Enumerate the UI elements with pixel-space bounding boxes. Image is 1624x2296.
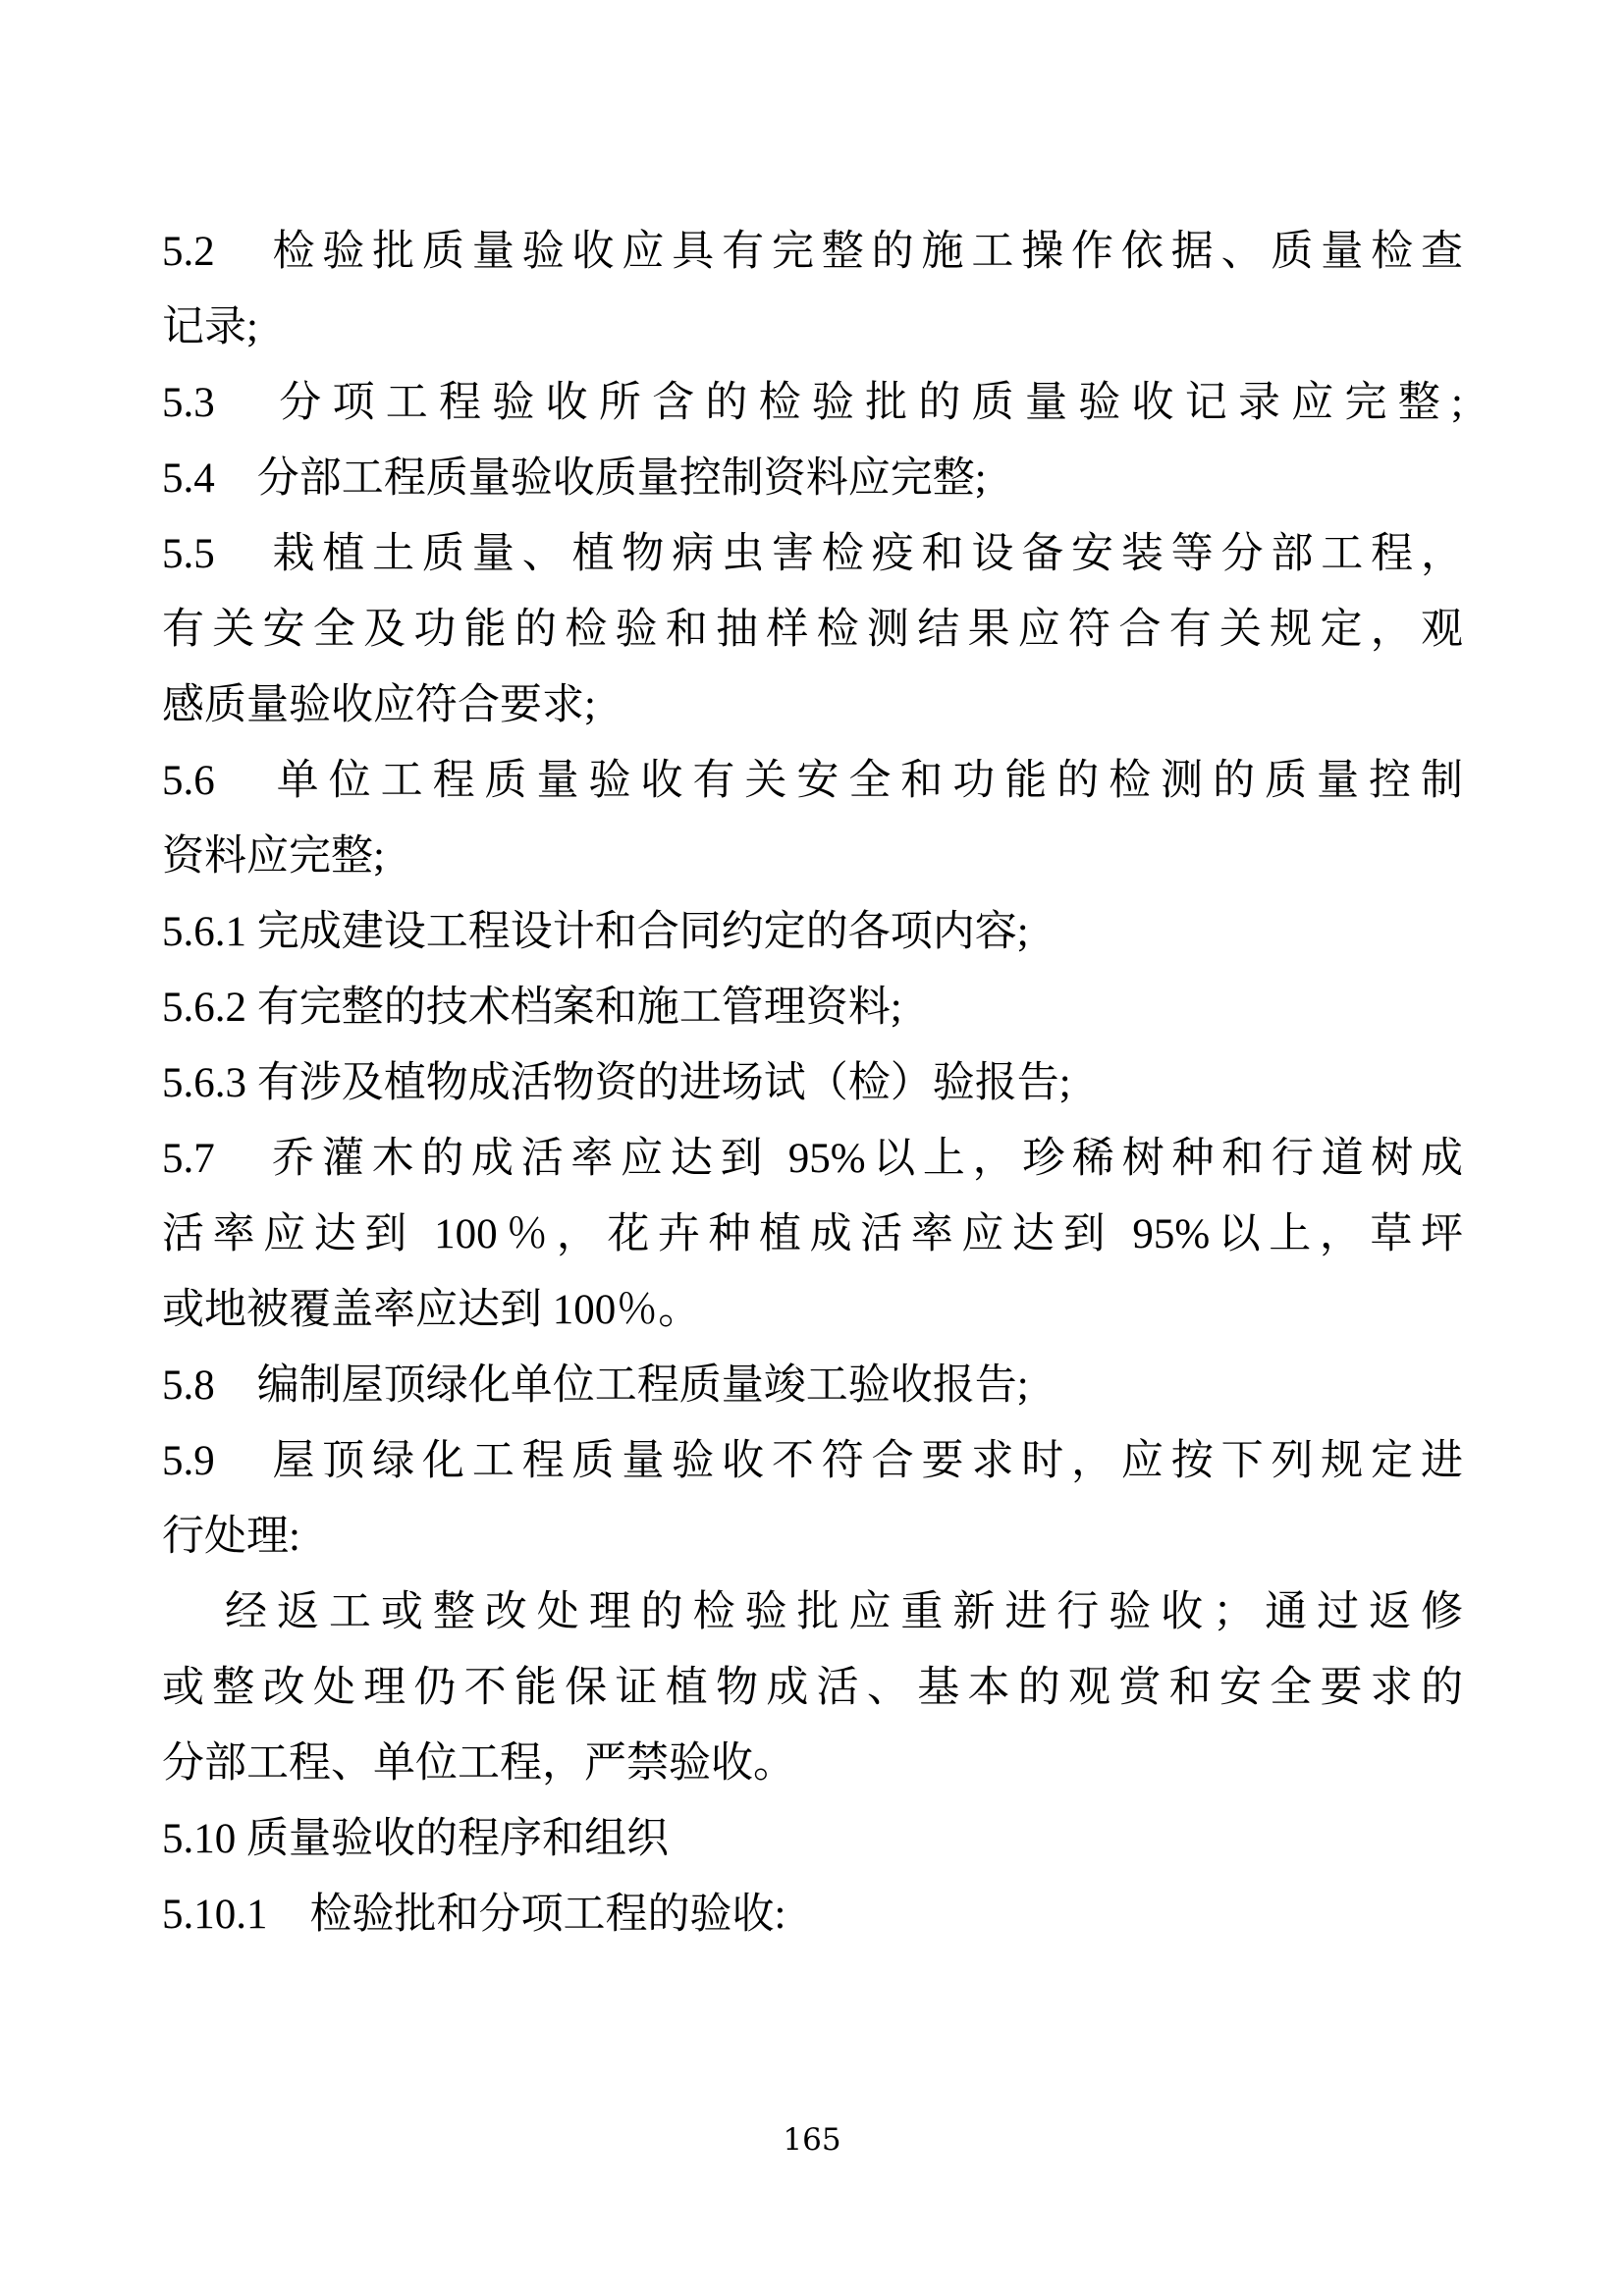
paragraph-line: 经返工或整改处理的检验批应重新进行验收；通过返修 (162, 1575, 1463, 1650)
paragraph-line: 或地被覆盖率应达到 100％。 (162, 1272, 1463, 1348)
paragraph-line: 5.2 检验批质量验收应具有完整的施工操作依据、质量检查 (162, 214, 1463, 290)
paragraph-line: 5.8 编制屋顶绿化单位工程质量竣工验收报告; (162, 1348, 1463, 1423)
document-page: 5.2 检验批质量验收应具有完整的施工操作依据、质量检查 记录; 5.3 分项工… (0, 0, 1624, 2296)
paragraph-line: 5.6.3 有涉及植物成活物资的进场试（检）验报告; (162, 1045, 1463, 1121)
paragraph-line: 5.6 单位工程质量验收有关安全和功能的检测的质量控制 (162, 743, 1463, 819)
paragraph-line: 记录; (162, 290, 1463, 365)
paragraph-line: 5.7 乔灌木的成活率应达到 95%以上，珍稀树种和行道树成 (162, 1121, 1463, 1197)
paragraph-line: 分部工程、单位工程，严禁验收。 (162, 1726, 1463, 1801)
paragraph-line: 资料应完整; (162, 819, 1463, 894)
paragraph-line: 5.3 分项工程验收所含的检验批的质量验收记录应完整; (162, 365, 1463, 441)
page-number: 165 (0, 2120, 1624, 2160)
paragraph-line: 有关安全及功能的检验和抽样检测结果应符合有关规定，观 (162, 592, 1463, 667)
paragraph-line: 5.5 栽植土质量、植物病虫害检疫和设备安装等分部工程， (162, 516, 1463, 592)
paragraph-line: 5.9 屋顶绿化工程质量验收不符合要求时，应按下列规定进 (162, 1423, 1463, 1499)
paragraph-line: 或整改处理仍不能保证植物成活、基本的观赏和安全要求的 (162, 1650, 1463, 1726)
paragraph-line: 5.6.1 完成建设工程设计和合同约定的各项内容; (162, 894, 1463, 970)
paragraph-line: 5.4 分部工程质量验收质量控制资料应完整; (162, 441, 1463, 516)
paragraph-line: 5.10 质量验收的程序和组织 (162, 1801, 1463, 1877)
document-text-block: 5.2 检验批质量验收应具有完整的施工操作依据、质量检查 记录; 5.3 分项工… (162, 214, 1463, 1952)
paragraph-line: 活率应达到 100％，花卉种植成活率应达到 95%以上，草坪 (162, 1197, 1463, 1272)
paragraph-line: 感质量验收应符合要求; (162, 667, 1463, 743)
paragraph-line: 行处理: (162, 1499, 1463, 1575)
paragraph-line: 5.10.1 检验批和分项工程的验收: (162, 1877, 1463, 1952)
paragraph-line: 5.6.2 有完整的技术档案和施工管理资料; (162, 970, 1463, 1045)
